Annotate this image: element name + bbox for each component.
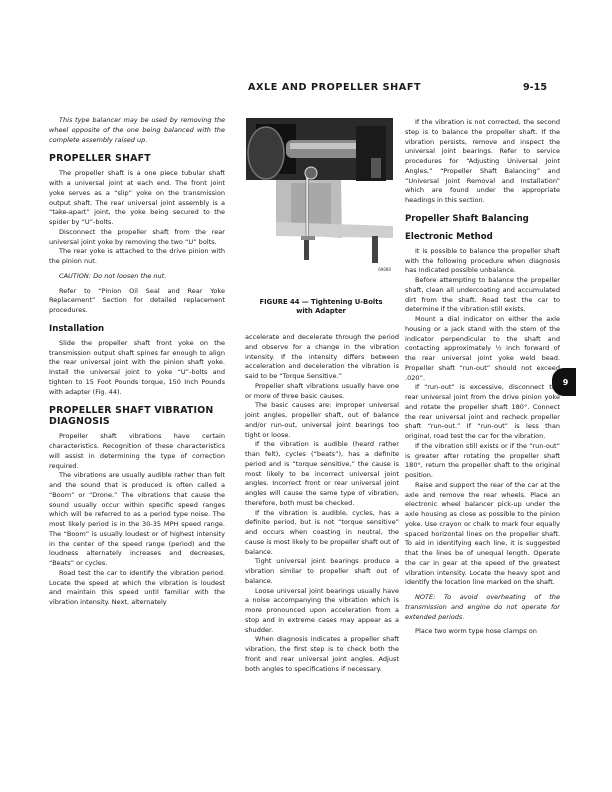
intro-paragraph: This type balancer may be used by removi… (49, 116, 225, 145)
heading-electronic-method: Electronic Method (405, 232, 560, 242)
text-column-middle: accelerate and decelerate through the pe… (245, 333, 399, 674)
caption-line-2: with Adapter (245, 307, 397, 316)
paragraph: If the vibration is audible, cycles, has… (245, 509, 399, 558)
paragraph: If the vibration is audible (heard rathe… (245, 440, 399, 508)
figure-44: 69080 (246, 118, 393, 266)
caption-line-1: FIGURE 44 — Tightening U-Bolts (245, 298, 397, 307)
text-column-left: This type balancer may be used by removi… (49, 116, 225, 608)
paragraph: The rear yoke is attached to the drive p… (49, 247, 225, 267)
paragraph: Slide the propeller shaft front yoke on … (49, 339, 225, 398)
caution-note: CAUTION: Do not loosen the nut. (49, 272, 225, 282)
paragraph: Refer to “Pinion Oil Seal and Rear Yoke … (49, 287, 225, 316)
paragraph: The propeller shaft is a one piece tubul… (49, 169, 225, 228)
paragraph: When diagnosis indicates a propeller sha… (245, 635, 399, 674)
photo-axle-u-bolt-adapter-icon (246, 118, 393, 263)
paragraph: Propeller shaft vibrations usually have … (245, 382, 399, 402)
heading-propeller-shaft-balancing: Propeller Shaft Balancing (405, 214, 560, 224)
paragraph: If “run-out” is excessive, disconnect th… (405, 383, 560, 442)
figure-caption: FIGURE 44 — Tightening U-Bolts with Adap… (245, 298, 397, 316)
section-tab-marker: 9 (552, 368, 576, 396)
paragraph: If the vibration is not corrected, the s… (405, 118, 560, 206)
paragraph: Mount a dial indicator on either the axl… (405, 315, 560, 383)
figure-image-number: 69080 (378, 267, 391, 272)
paragraph: Raise and support the rear of the car at… (405, 481, 560, 588)
paragraph: The basic causes are: improper universal… (245, 401, 399, 440)
heading-vibration-diagnosis: PROPELLER SHAFT VIBRATION DIAGNOSIS (49, 405, 225, 427)
paragraph: Disconnect the propeller shaft from the … (49, 228, 225, 248)
running-header-title: AXLE AND PROPELLER SHAFT (248, 82, 421, 93)
paragraph: Place two worm type hose clamps on (405, 627, 560, 637)
paragraph: Loose universal joint bearings usually h… (245, 587, 399, 636)
text-column-right: If the vibration is not corrected, the s… (405, 118, 560, 637)
paragraph: The vibrations are usually audible rathe… (49, 471, 225, 569)
paragraph: If the vibration still exists or if the … (405, 442, 560, 481)
heading-propeller-shaft: PROPELLER SHAFT (49, 153, 225, 164)
paragraph: accelerate and decelerate through the pe… (245, 333, 399, 382)
paragraph: Road test the car to identify the vibrat… (49, 569, 225, 608)
paragraph: Tight universal joint bearings produce a… (245, 557, 399, 586)
page-number: 9-15 (523, 82, 547, 93)
paragraph: Propeller shaft vibrations have certain … (49, 432, 225, 471)
paragraph: Before attempting to balance the propell… (405, 276, 560, 315)
note: NOTE: To avoid overheating of the transm… (405, 593, 560, 622)
heading-installation: Installation (49, 324, 225, 334)
paragraph: It is possible to balance the propeller … (405, 247, 560, 276)
